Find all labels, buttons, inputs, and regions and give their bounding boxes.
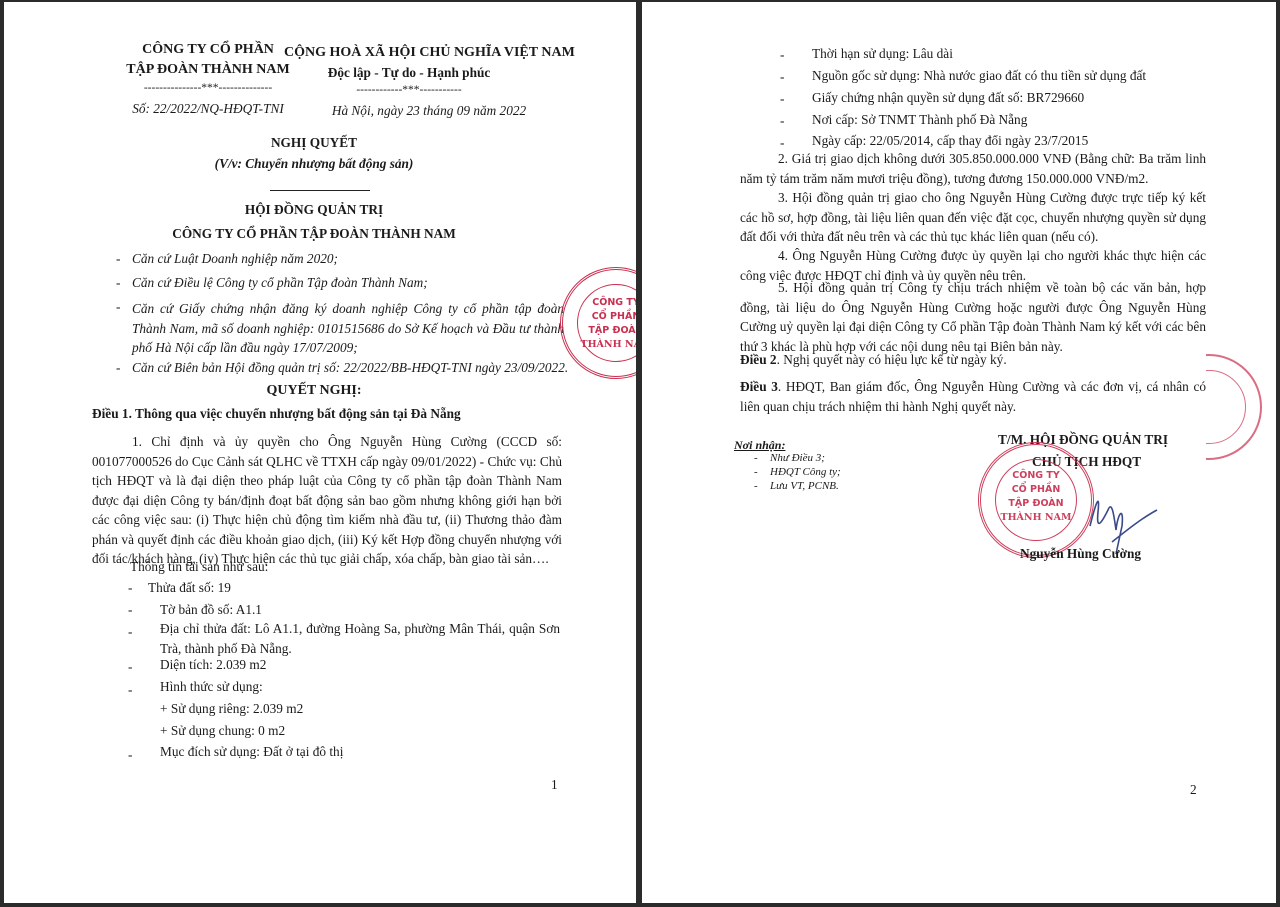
nation-motto: Độc lập - Tự do - Hạnh phúc [284,65,534,81]
asset-purpose: Mục đích sử dụng: Đất ở tại đô thị [160,744,343,760]
bullet-dash: - [780,69,784,85]
article-3-text: . HĐQT, Ban giám đốc, Ông Nguyễn Hùng Cư… [740,379,1206,414]
bullet-dash: - [116,275,120,291]
bullet-dash: - [780,91,784,107]
bullet-dash: - [128,580,132,596]
article-2: Điều 2. Nghị quyết này có hiệu lực kể từ… [740,352,1007,368]
asset-issuer: Nơi cấp: Sở TNMT Thành phố Đà Nẵng [812,112,1027,128]
asset-usage-form: Hình thức sử dụng: [160,679,263,695]
page-number-2: 2 [1190,782,1197,798]
recipient-2: HĐQT Công ty; [770,466,841,478]
article-3-label: Điều 3 [740,379,778,394]
asset-map-sheet: Tờ bản đồ số: A1.1 [160,602,262,618]
asset-certificate-number: Giấy chứng nhận quyền sử dụng đất số: BR… [812,90,1084,106]
article-1-heading: Điều 1. Thông qua việc chuyển nhượng bất… [92,406,461,422]
asset-info-label: Thông tin tài sản như sau: [130,559,268,575]
seal-line-2: CỔ PHẦN [563,310,636,324]
nation-title: CỘNG HOÀ XÃ HỘI CHỦ NGHĨA VIỆT NAM [284,45,574,61]
edge-seal [1206,354,1262,460]
bullet-dash: - [116,251,120,267]
seal-line-1: CÔNG TY [563,296,636,310]
asset-area: Diện tích: 2.039 m2 [160,657,266,673]
asset-usage-private: + Sử dụng riêng: 2.039 m2 [160,701,303,717]
seal-line-1: CÔNG TY [981,469,1091,483]
bullet-dash: - [128,602,132,618]
board-title: HỘI ĐỒNG QUẢN TRỊ [64,202,564,218]
company-seal: CÔNG TY CỔ PHẦN TẬP ĐOÀN THÀNH NAM [560,267,636,379]
asset-origin: Nguồn gốc sử dụng: Nhà nước giao đất có … [812,68,1146,84]
bullet-dash: - [128,624,132,640]
bullet-dash: - [116,360,120,376]
legal-basis-3: Căn cứ Giấy chứng nhận đăng ký doanh ngh… [132,299,564,358]
bullet-dash: - [128,659,132,675]
asset-parcel-number: Thửa đất số: 19 [148,580,231,596]
bullet-dash: - [754,452,758,464]
signer-name: Nguyễn Hùng Cường [1020,546,1141,562]
asset-issue-date: Ngày cấp: 22/05/2014, cấp thay đổi ngày … [812,133,1088,149]
left-separator: ---------------***-------------- [108,82,308,94]
recipient-3: Lưu VT, PCNB. [770,480,839,492]
article-1-item-2: 2. Giá trị giao dịch không dưới 305.850.… [740,149,1206,188]
legal-basis-4: Căn cứ Biên bản Hội đồng quản trị số: 22… [132,360,568,376]
resolution-heading: QUYẾT NGHỊ: [64,383,564,399]
bullet-dash: - [116,299,120,315]
bullet-dash: - [128,682,132,698]
right-separator: ------------***----------- [284,84,534,96]
bullet-dash: - [754,480,758,492]
legal-basis-1: Căn cứ Luật Doanh nghiệp năm 2020; [132,251,338,267]
article-3: Điều 3. HĐQT, Ban giám đốc, Ông Nguyễn H… [740,377,1206,416]
edge-seal-clip [1206,354,1276,464]
resolution-subtitle: (V/v: Chuyển nhượng bất động sản) [64,156,564,172]
page-number-1: 1 [551,777,558,793]
seal-line-4: THÀNH NAM [563,338,636,352]
legal-basis-2: Căn cứ Điều lệ Công ty cổ phần Tập đoàn … [132,275,428,291]
article-2-text: . Nghị quyết này có hiệu lực kể từ ngày … [777,352,1007,367]
company-name-line1: CÔNG TY CỔ PHẦN [108,42,308,58]
document-page-2: - Thời hạn sử dụng: Lâu dài - Nguồn gốc … [642,2,1276,903]
company-title: CÔNG TY CỔ PHẦN TẬP ĐOÀN THÀNH NAM [64,226,564,242]
article-1-item-1: 1. Chỉ định và ủy quyền cho Ông Nguyễn H… [92,432,562,569]
company-name-line2: TẬP ĐOÀN THÀNH NAM [108,62,308,78]
bullet-dash: - [780,113,784,129]
company-seal-clip: CÔNG TY CỔ PHẦN TẬP ĐOÀN THÀNH NAM [560,264,636,382]
recipient-1: Như Điều 3; [770,452,825,464]
article-1-item-5: 5. Hội đồng quản trị Công ty chịu trách … [740,278,1206,356]
article-2-label: Điều 2 [740,352,777,367]
asset-usage-shared: + Sử dụng chung: 0 m2 [160,723,285,739]
article-1-item-3: 3. Hội đồng quản trị giao cho ông Nguyễn… [740,188,1206,247]
resolution-title: NGHỊ QUYẾT [64,135,564,151]
asset-address: Địa chỉ thửa đất: Lô A1.1, đường Hoàng S… [160,619,560,658]
seal-line-3: TẬP ĐOÀN [563,324,636,338]
title-underline [270,190,370,191]
bullet-dash: - [754,466,758,478]
recipients-label: Nơi nhận: [734,438,785,453]
bullet-dash: - [128,747,132,763]
document-number: Số: 22/2022/NQ-HĐQT-TNI [108,101,308,117]
bullet-dash: - [780,47,784,63]
document-page-1: CÔNG TY CỔ PHẦN TẬP ĐOÀN THÀNH NAM -----… [4,2,636,903]
document-date: Hà Nội, ngày 23 tháng 09 năm 2022 [284,103,574,119]
asset-term: Thời hạn sử dụng: Lâu dài [812,46,953,62]
